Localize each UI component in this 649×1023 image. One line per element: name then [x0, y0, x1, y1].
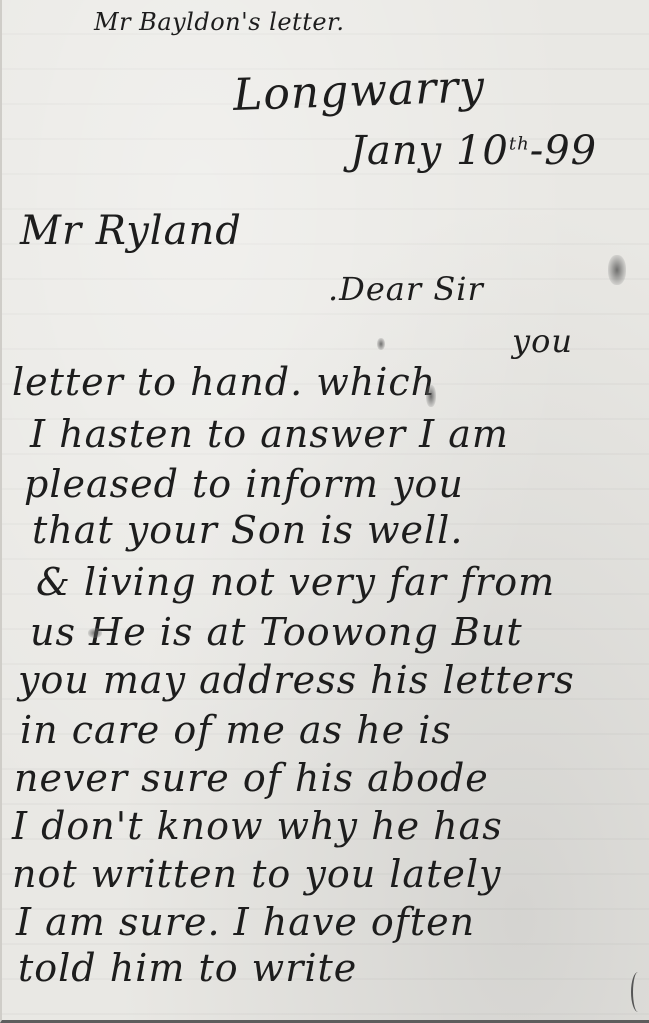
body-line-prefix: you	[512, 322, 573, 360]
heading-note: Mr Bayldon's letter.	[94, 8, 345, 36]
body-line: letter to hand. which	[12, 360, 436, 404]
letter-page: Mr Bayldon's letter. Longwarry Jany 10th…	[0, 0, 649, 1023]
body-line: I am sure. I have often	[16, 900, 475, 944]
body-line: & living not very far from	[36, 560, 555, 604]
body-line: not written to you lately	[12, 852, 501, 896]
addressee: Mr Ryland	[20, 208, 242, 254]
ink-stain	[377, 338, 385, 350]
date-year: -99	[530, 128, 597, 174]
date-day: 10	[456, 128, 509, 174]
body-line: never sure of his abode	[14, 756, 489, 800]
body-line: I hasten to answer I am	[30, 412, 509, 456]
body-line: told him to write	[18, 946, 357, 990]
letter-date: Jany 10th-99	[350, 128, 597, 174]
date-month: Jany	[350, 128, 442, 174]
ink-stain	[608, 255, 626, 285]
letter-place: Longwarry	[232, 61, 486, 121]
body-line: us He is at Toowong But	[30, 610, 523, 654]
body-line: in care of me as he is	[20, 708, 452, 752]
salutation: .Dear Sir	[328, 270, 484, 308]
date-ordinal: th	[509, 134, 530, 155]
body-line: pleased to inform you	[24, 462, 464, 506]
body-line: I don't know why he has	[12, 804, 503, 848]
body-line: you may address his letters	[18, 658, 575, 702]
ink-stain	[88, 628, 102, 638]
ink-stain	[426, 385, 436, 407]
paper-edge-mark	[631, 972, 645, 1012]
body-line: that your Son is well.	[32, 508, 463, 552]
